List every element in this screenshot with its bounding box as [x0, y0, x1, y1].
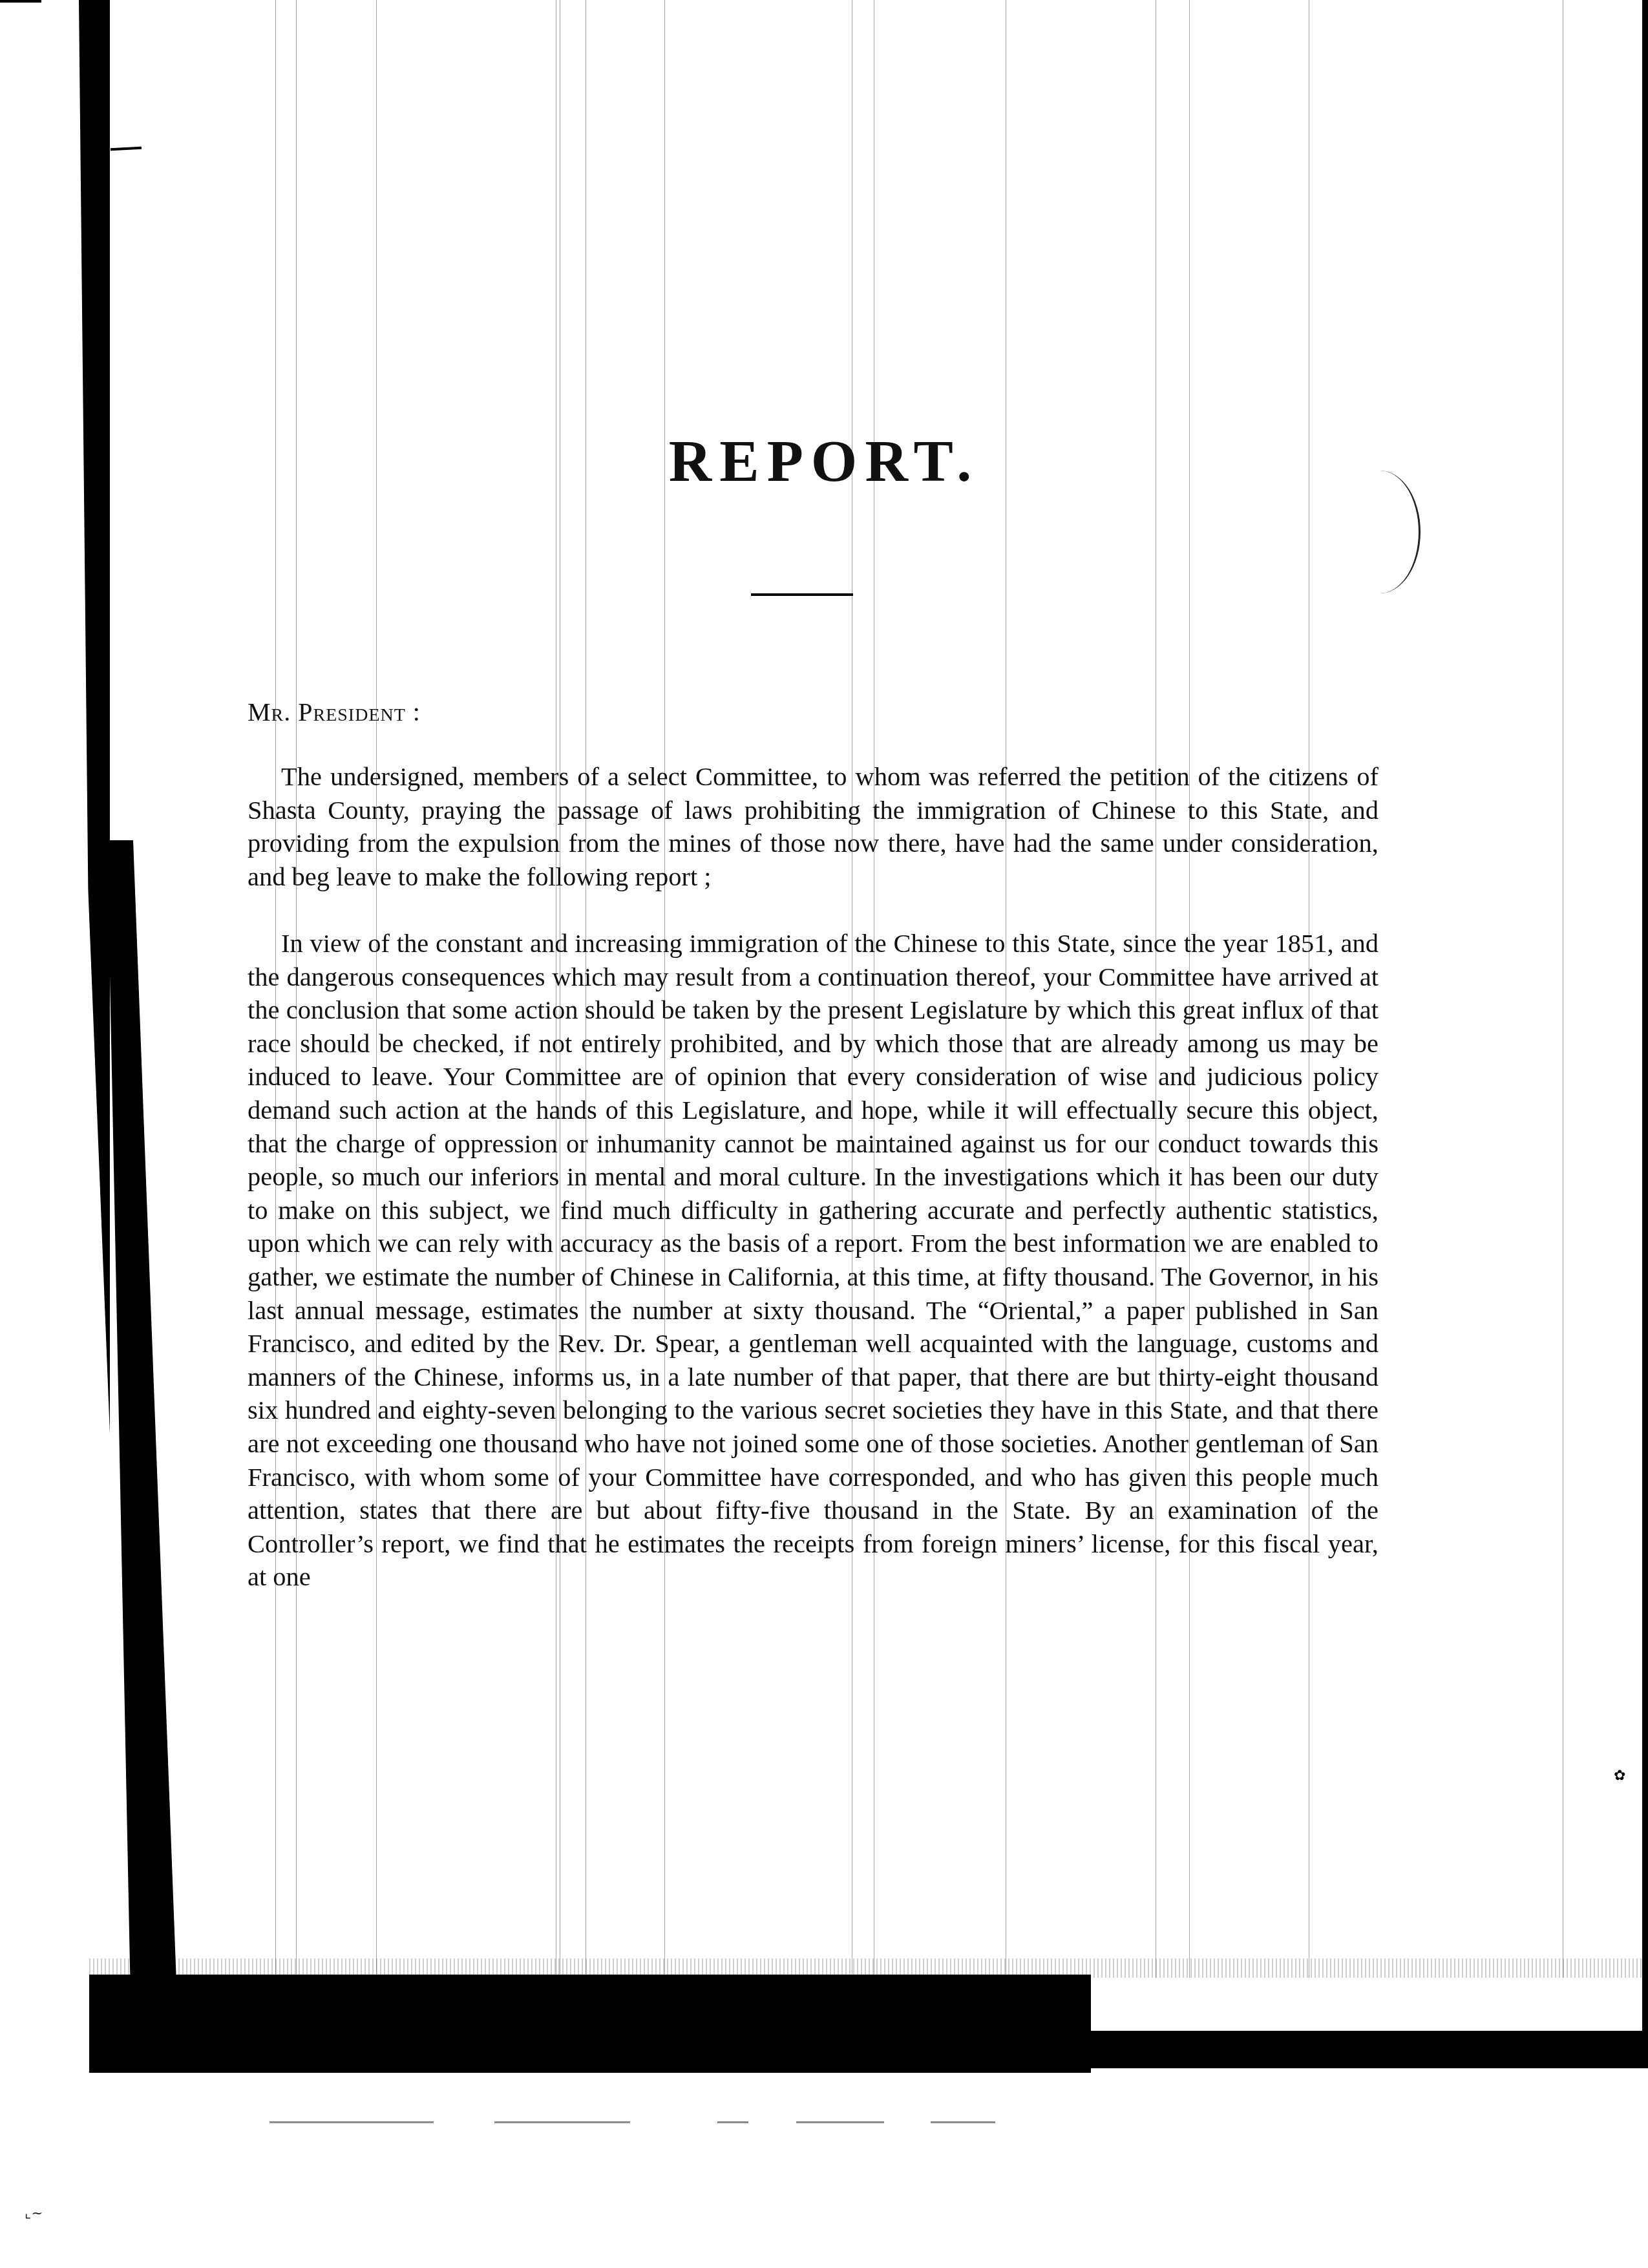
bottom-dash-mark — [494, 2121, 630, 2123]
body-paragraph: The undersigned, members of a select Com… — [248, 760, 1379, 893]
page-title: REPORT. — [0, 427, 1648, 495]
salutation: Mr. President : — [248, 697, 421, 727]
scan-shadow-left-bar — [79, 0, 110, 1978]
bottom-dash-mark — [717, 2121, 748, 2123]
bottom-dash-mark — [931, 2121, 995, 2123]
scan-shadow-bottom-band — [89, 1975, 1091, 2073]
body-paragraph-2-block: In view of the constant and increasing i… — [248, 927, 1379, 1594]
scan-shadow-left-bar-lower — [103, 840, 178, 1978]
scan-shadow-right-edge — [1642, 0, 1648, 2068]
corner-pencil-mark: ⌞~ — [25, 2205, 43, 2221]
scan-corner-tick — [0, 0, 41, 3]
margin-ink-blot: ✿ — [1614, 1769, 1628, 1814]
title-rule — [751, 593, 853, 596]
body-paragraph-1-block: The undersigned, members of a select Com… — [248, 760, 1379, 893]
margin-pencil-dash — [111, 147, 142, 151]
bottom-dash-mark — [796, 2121, 884, 2123]
body-paragraph: In view of the constant and increasing i… — [248, 927, 1379, 1594]
bottom-dash-mark — [269, 2121, 434, 2123]
scan-shadow-bottom-band-right — [1090, 2031, 1648, 2068]
scan-streak — [1563, 0, 1563, 1978]
